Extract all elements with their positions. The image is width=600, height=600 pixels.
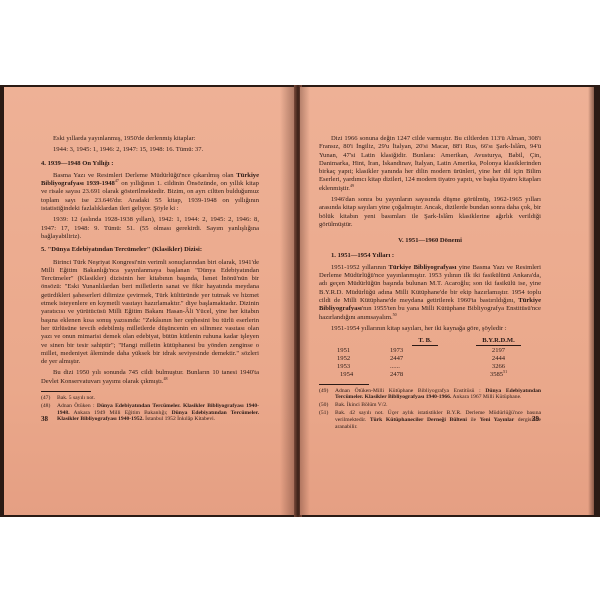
year-cell: 1954 xyxy=(337,371,390,379)
subsection-1-heading: 1. 1951—1954 Yılları : xyxy=(331,252,541,260)
section-4-heading: 4. 1939—1948 On Yıllığı : xyxy=(41,160,259,168)
footnote-text: Bak. İkinci Bölüm V/2. xyxy=(335,402,541,409)
paragraph-2: 1946'dan sonra bu yayınların sayısında d… xyxy=(319,196,541,229)
section-4-paragraph-2: 1939: 12 (aslında 1928-1938 yılları), 19… xyxy=(41,216,259,241)
byrdm-cell: 2444 xyxy=(460,355,537,363)
table-row: 1951 1973 2197 xyxy=(337,347,537,355)
text: Ankara 1967 Milli Kütüphane. xyxy=(451,394,521,400)
text: Bu dizi 1950 yılı sonunda 745 cildi bulm… xyxy=(41,369,259,384)
tb-cell: 2447 xyxy=(390,355,460,363)
column-header-year xyxy=(337,337,390,346)
footnote-divider xyxy=(319,384,369,385)
right-page: Dizi 1966 sonuna değin 1247 cilde varmış… xyxy=(300,87,594,515)
footnote-ref: 51 xyxy=(503,368,507,373)
paragraph-1: Dizi 1966 sonuna değin 1247 cilde varmış… xyxy=(319,135,541,193)
paragraph-3: 1951-1952 yıllarının Türkiye Bibliyograf… xyxy=(319,264,541,322)
intro-line: Eski yıllarda yayınlanmış, 1950'de derle… xyxy=(41,135,259,143)
footnote-ref: 50 xyxy=(393,311,397,316)
footnote-number: (49) xyxy=(319,388,335,402)
bold-title: Türk Kütüphaneciler Derneği Bülteni xyxy=(370,417,467,423)
left-page-content: Eski yıllarda yayınlanmış, 1950'de derle… xyxy=(41,135,259,424)
text: Ankara 1949 Milli Eğitim Bakanlığı; xyxy=(70,410,172,416)
byrdm-cell: 358551 xyxy=(460,371,537,379)
byrdm-cell: 3266 xyxy=(460,363,537,371)
year-cell: 1953 xyxy=(337,363,390,371)
tb-cell: 2478 xyxy=(390,371,460,379)
footnote-text: Bak. 42 sayılı not. Üçer aylık istatisti… xyxy=(335,410,541,430)
footnote-divider xyxy=(41,391,91,392)
tb-cell: 1973 xyxy=(390,347,460,355)
table-row: 1954 2478 358551 xyxy=(337,371,537,379)
year-cell: 1951 xyxy=(337,347,390,355)
section-5-paragraph-2: Bu dizi 1950 yılı sonunda 745 cildi bulm… xyxy=(41,369,259,386)
table-row: 1952 2447 2444 xyxy=(337,355,537,363)
footnote-number: (50) xyxy=(319,402,335,409)
footnote-49: (49) Adnan Ötüken-Milli Kütüphane Bibliy… xyxy=(319,388,541,402)
section-4-paragraph-1: Basma Yazı ve Resimleri Derleme Müdürlüğ… xyxy=(41,172,259,213)
book-count-table: T. B. B.Y.R.D.M. 1951 1973 2197 1952 244… xyxy=(337,337,537,378)
section-v-heading: V. 1951—1960 Dönemi xyxy=(319,237,541,245)
byrdm-cell: 2197 xyxy=(460,347,537,355)
section-5-paragraph-1: Birinci Türk Neşriyat Kongresi'nin verim… xyxy=(41,259,259,367)
value: 3585 xyxy=(490,371,503,378)
footnote-50: (50) Bak. İkinci Bölüm V/2. xyxy=(319,402,541,409)
bold-title: Türkiye Bibliyografyası xyxy=(388,264,456,271)
footnote-number: (47) xyxy=(41,395,57,402)
page-number-right: 39 xyxy=(532,415,539,423)
footnote-number: (51) xyxy=(319,410,335,430)
text: Adnan Ötüken : xyxy=(57,403,97,409)
footnote-51: (51) Bak. 42 sayılı not. Üçer aylık ista… xyxy=(319,410,541,430)
paragraph-4: 1951-1954 yıllarının kitap sayıları, her… xyxy=(319,325,541,333)
text: Basma Yazı ve Resimleri Derleme Müdürlüğ… xyxy=(53,172,236,179)
footnote-ref: 49 xyxy=(350,183,354,188)
table-header-row: T. B. B.Y.R.D.M. xyxy=(337,337,537,346)
text: Adnan Ötüken-Milli Kütüphane Bibliyograf… xyxy=(335,388,485,394)
footnote-text: Bak. 5 sayılı not. xyxy=(57,395,259,402)
text: İstanbul 1952 İnkılâp Kitabevi. xyxy=(144,416,215,422)
footnote-text: Adnan Ötüken-Milli Kütüphane Bibliyograf… xyxy=(335,388,541,402)
left-page: Eski yıllarda yayınlanmış, 1950'de derle… xyxy=(4,87,296,515)
intro-counts: 1944: 3, 1945: 1, 1946: 2, 1947: 15, 194… xyxy=(41,146,259,154)
footnote-48: (48) Adnan Ötüken : Dünya Edebiyatından … xyxy=(41,403,259,423)
page-number-left: 38 xyxy=(41,415,48,423)
footnote-ref: 48 xyxy=(164,376,168,381)
footnote-47: (47) Bak. 5 sayılı not. xyxy=(41,395,259,402)
section-5-heading: 5. "Dünya Edebiyatından Tercümeler" (Kla… xyxy=(41,246,259,254)
right-page-content: Dizi 1966 sonuna değin 1247 cilde varmış… xyxy=(319,135,541,431)
text: 1951-1952 yıllarının xyxy=(331,264,388,271)
header-label: B.Y.R.D.M. xyxy=(476,337,521,346)
header-label: T. B. xyxy=(412,337,437,346)
bold-title: Yeni Yayınlar xyxy=(480,417,514,423)
text: ile xyxy=(467,417,480,423)
column-header-byrdm: B.Y.R.D.M. xyxy=(460,337,537,346)
tb-cell: ...... xyxy=(390,363,460,371)
open-book: Eski yıllarda yayınlanmış, 1950'de derle… xyxy=(0,85,600,517)
column-header-tb: T. B. xyxy=(390,337,460,346)
year-cell: 1952 xyxy=(337,355,390,363)
footnote-text: Adnan Ötüken : Dünya Edebiyatından Tercü… xyxy=(57,403,259,423)
